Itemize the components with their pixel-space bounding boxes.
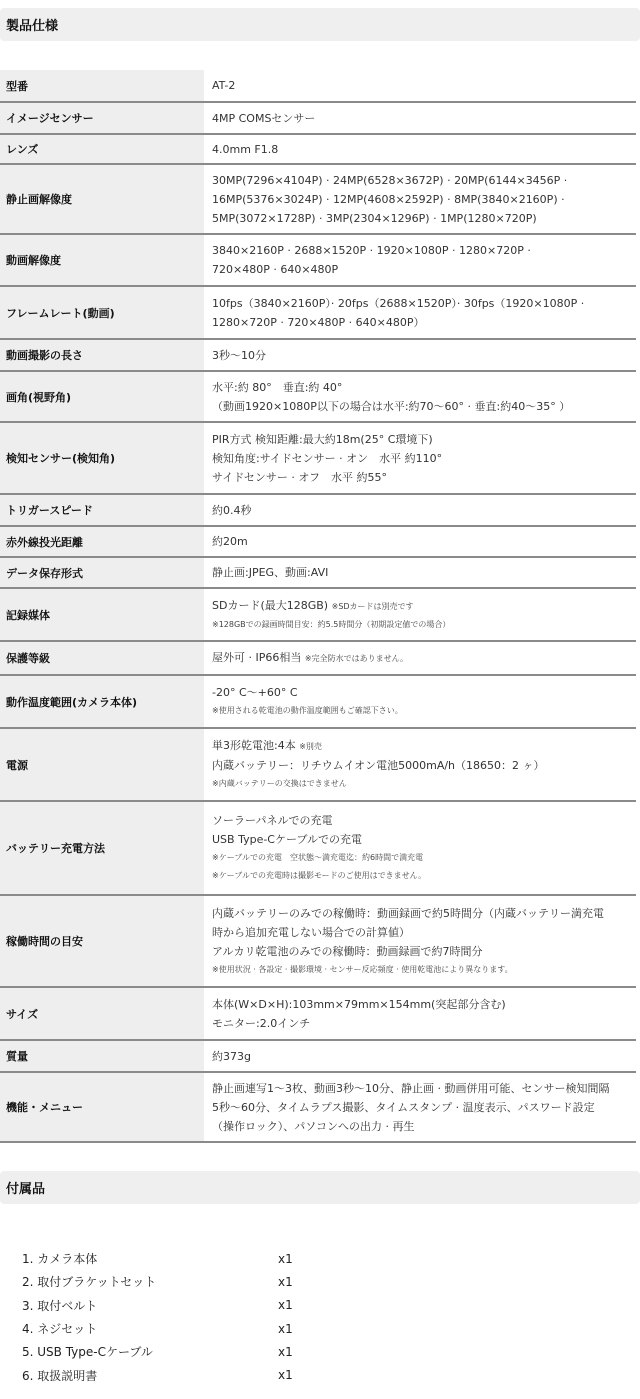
accessories-list: 1. カメラ本体x12. 取付ブラケットセットx13. 取付ベルトx14. ネジ…	[22, 1247, 422, 1387]
spec-value: SDカード(最大128GB) ※SDカードは別売です※128GBでの録画時間目安…	[204, 588, 636, 641]
spec-value: 3840×2160P · 2688×1520P · 1920×1080P · 1…	[204, 234, 636, 286]
spec-value-text: ※使用される乾電池の動作温度範囲もご確認下さい。	[212, 706, 403, 715]
spec-value: 約373g	[204, 1040, 636, 1072]
spec-value-text: 5MP(3072×1728P) · 3MP(2304×1296P) · 1MP(…	[212, 212, 537, 225]
section-header-accessories: 付属品	[0, 1171, 640, 1204]
spec-label: サイズ	[0, 987, 204, 1040]
spec-value-text: 静止画連写1〜3枚、動画3秒〜10分、静止画 · 動画併用可能、センサー検知間隔	[212, 1082, 609, 1095]
spec-value-text: 屋外可 · IP66相当	[212, 651, 301, 664]
spec-label: トリガースピード	[0, 494, 204, 526]
spec-value-text: （操作ロック）、パソコンへの出力 · 再生	[212, 1120, 415, 1133]
spec-value-line: ソーラーパネルでの充電	[212, 811, 632, 830]
spec-value-line: 30MP(7296×4104P) · 24MP(6528×3672P) · 20…	[212, 171, 632, 190]
spec-value-line: 720×480P · 640×480P	[212, 260, 632, 279]
spec-note-line: ※ケーブルでの充電 空状態〜満充電迄：約6時間で満充電	[212, 849, 632, 867]
spec-value-text: （動画1920×1080P以下の場合は水平:約70〜60° · 垂直:約40〜3…	[212, 400, 570, 413]
spec-value-text: 3840×2160P · 2688×1520P · 1920×1080P · 1…	[212, 244, 531, 257]
spec-value-text: 約20m	[212, 535, 248, 548]
spec-label: 保護等級	[0, 641, 204, 675]
spec-value-text: 4MP COMSセンサー	[212, 112, 315, 125]
spec-value-text: 10fps（3840×2160P）· 20fps（2688×1520P）· 30…	[212, 297, 584, 310]
spec-row: 赤外線投光距離約20m	[0, 526, 636, 557]
accessory-item: 4. ネジセットx1	[22, 1317, 422, 1340]
spec-value-text: モニター:2.0インチ	[212, 1017, 310, 1030]
spec-inline-note: ※別売	[299, 742, 322, 751]
spec-value: ソーラーパネルでの充電USB Type-Cケーブルでの充電※ケーブルでの充電 空…	[204, 801, 636, 895]
spec-value-text: 5秒〜60分、タイムラプス撮影、タイムスタンプ · 温度表示、パスワード設定	[212, 1101, 595, 1114]
spec-value-text: SDカード(最大128GB)	[212, 599, 328, 612]
spec-value-line: -20° C〜+60° C	[212, 683, 632, 702]
spec-value-line: 10fps（3840×2160P）· 20fps（2688×1520P）· 30…	[212, 294, 632, 313]
spec-value: 約0.4秒	[204, 494, 636, 526]
accessory-qty: x1	[278, 1322, 318, 1336]
spec-row: 画角(視野角)水平:約 80° 垂直:約 40°（動画1920×1080P以下の…	[0, 371, 636, 422]
spec-value-text: 検知角度:サイドセンサー · オン 水平 約110°	[212, 452, 442, 465]
spec-value-text: ※ケーブルでの充電時は撮影モードのご使用はできません。	[212, 871, 426, 880]
spec-value-line: 約373g	[212, 1047, 632, 1066]
spec-label: 画角(視野角)	[0, 371, 204, 422]
accessory-name: 1. カメラ本体	[22, 1250, 278, 1267]
spec-value-line: 静止画連写1〜3枚、動画3秒〜10分、静止画 · 動画併用可能、センサー検知間隔	[212, 1079, 632, 1098]
spec-value: 水平:約 80° 垂直:約 40°（動画1920×1080P以下の場合は水平:約…	[204, 371, 636, 422]
spec-row: イメージセンサー4MP COMSセンサー	[0, 102, 636, 134]
accessory-qty: x1	[278, 1298, 318, 1312]
spec-value: 4MP COMSセンサー	[204, 102, 636, 134]
spec-value-text: -20° C〜+60° C	[212, 686, 298, 699]
spec-value: 屋外可 · IP66相当 ※完全防水ではありません。	[204, 641, 636, 675]
spec-value-line: PIR方式 検知距離:最大約18m(25° C環境下)	[212, 430, 632, 449]
spec-value-line: サイドセンサー · オフ 水平 約55°	[212, 468, 632, 487]
spec-value-line: （動画1920×1080P以下の場合は水平:約70〜60° · 垂直:約40〜3…	[212, 397, 632, 416]
spec-row: 静止画解像度30MP(7296×4104P) · 24MP(6528×3672P…	[0, 164, 636, 234]
accessory-name: 5. USB Type-Cケーブル	[22, 1343, 278, 1360]
spec-table: 型番AT-2イメージセンサー4MP COMSセンサーレンズ4.0mm F1.8静…	[0, 70, 636, 1143]
spec-label: バッテリー充電方法	[0, 801, 204, 895]
spec-value-text: USB Type-Cケーブルでの充電	[212, 833, 362, 846]
spec-label: レンズ	[0, 134, 204, 164]
spec-value-text: 静止画:JPEG、動画:AVI	[212, 566, 328, 579]
spec-inline-note: ※完全防水ではありません。	[305, 654, 408, 663]
spec-value-text: ※使用状況 · 各設定 · 撮影環境 · センサー反応頻度 · 使用乾電池により…	[212, 965, 513, 974]
spec-value-line: 3秒〜10分	[212, 346, 632, 365]
spec-label: 機能・メニュー	[0, 1072, 204, 1142]
spec-value-line: 内蔵バッテリー：リチウムイオン電池5000mA/h（18650：2 ヶ）	[212, 756, 632, 775]
spec-value-text: アルカリ乾電池のみでの稼働時：動画録画で約7時間分	[212, 945, 483, 958]
spec-row: 型番AT-2	[0, 70, 636, 102]
accessory-item: 3. 取付ベルトx1	[22, 1294, 422, 1317]
spec-row: 機能・メニュー静止画連写1〜3枚、動画3秒〜10分、静止画 · 動画併用可能、セ…	[0, 1072, 636, 1142]
spec-value: 10fps（3840×2160P）· 20fps（2688×1520P）· 30…	[204, 286, 636, 339]
spec-value-line: 静止画:JPEG、動画:AVI	[212, 563, 632, 582]
spec-value-text: 16MP(5376×3024P) · 12MP(4608×2592P) · 8M…	[212, 193, 565, 206]
spec-value-text: ※128GBでの録画時間目安：約5.5時間分（初期設定値での場合）	[212, 620, 450, 629]
spec-value: 静止画:JPEG、動画:AVI	[204, 557, 636, 588]
spec-label: 静止画解像度	[0, 164, 204, 234]
spec-note-line: ※使用される乾電池の動作温度範囲もご確認下さい。	[212, 702, 632, 720]
spec-value-text: 内蔵バッテリー：リチウムイオン電池5000mA/h（18650：2 ヶ）	[212, 759, 545, 772]
spec-value-line: 水平:約 80° 垂直:約 40°	[212, 378, 632, 397]
accessory-item: 6. 取扱説明書x1	[22, 1363, 422, 1386]
spec-value-line: 本体(W×D×H):103mm×79mm×154mm(突起部分含む)	[212, 995, 632, 1014]
spec-row: レンズ4.0mm F1.8	[0, 134, 636, 164]
spec-value-text: 30MP(7296×4104P) · 24MP(6528×3672P) · 20…	[212, 174, 567, 187]
spec-value-text: AT-2	[212, 79, 235, 92]
spec-value-text: 3秒〜10分	[212, 349, 266, 362]
spec-value-line: 5秒〜60分、タイムラプス撮影、タイムスタンプ · 温度表示、パスワード設定	[212, 1098, 632, 1117]
spec-label: 動作温度範囲(カメラ本体)	[0, 675, 204, 728]
spec-value-text: サイドセンサー · オフ 水平 約55°	[212, 471, 387, 484]
spec-row: 電源単3形乾電池:4本 ※別売内蔵バッテリー：リチウムイオン電池5000mA/h…	[0, 728, 636, 801]
spec-note-line: ※128GBでの録画時間目安：約5.5時間分（初期設定値での場合）	[212, 616, 632, 634]
spec-value-line: AT-2	[212, 76, 632, 95]
section-title-specs: 製品仕様	[6, 15, 58, 34]
spec-value: 30MP(7296×4104P) · 24MP(6528×3672P) · 20…	[204, 164, 636, 234]
spec-row: 記録媒体SDカード(最大128GB) ※SDカードは別売です※128GBでの録画…	[0, 588, 636, 641]
spec-label: データ保存形式	[0, 557, 204, 588]
spec-row: 動作温度範囲(カメラ本体)-20° C〜+60° C※使用される乾電池の動作温度…	[0, 675, 636, 728]
section-title-accessories: 付属品	[6, 1178, 45, 1197]
spec-label: 動画解像度	[0, 234, 204, 286]
spec-value: AT-2	[204, 70, 636, 102]
spec-row: 検知センサー(検知角)PIR方式 検知距離:最大約18m(25° C環境下)検知…	[0, 422, 636, 494]
spec-value-line: USB Type-Cケーブルでの充電	[212, 830, 632, 849]
spec-value-text: 本体(W×D×H):103mm×79mm×154mm(突起部分含む)	[212, 998, 506, 1011]
accessory-name: 4. ネジセット	[22, 1320, 278, 1337]
spec-value: 本体(W×D×H):103mm×79mm×154mm(突起部分含む)モニター:2…	[204, 987, 636, 1040]
accessory-item: 1. カメラ本体x1	[22, 1247, 422, 1270]
spec-value-line: 5MP(3072×1728P) · 3MP(2304×1296P) · 1MP(…	[212, 209, 632, 228]
accessory-qty: x1	[278, 1345, 318, 1359]
spec-row: 動画撮影の長さ3秒〜10分	[0, 339, 636, 371]
spec-value: 約20m	[204, 526, 636, 557]
spec-value-text: 1280×720P · 720×480P · 640×480P）	[212, 316, 425, 329]
spec-note-line: ※使用状況 · 各設定 · 撮影環境 · センサー反応頻度 · 使用乾電池により…	[212, 961, 632, 979]
spec-value-line: （操作ロック）、パソコンへの出力 · 再生	[212, 1117, 632, 1136]
spec-row: バッテリー充電方法ソーラーパネルでの充電USB Type-Cケーブルでの充電※ケ…	[0, 801, 636, 895]
spec-value-text: 約0.4秒	[212, 504, 252, 517]
accessory-item: 2. 取付ブラケットセットx1	[22, 1270, 422, 1293]
spec-row: 保護等級屋外可 · IP66相当 ※完全防水ではありません。	[0, 641, 636, 675]
spec-value-line: 内蔵バッテリーのみでの稼働時：動画録画で約5時間分（内蔵バッテリー満充電	[212, 904, 632, 923]
accessory-item: 5. USB Type-Cケーブルx1	[22, 1340, 422, 1363]
spec-value-text: 内蔵バッテリーのみでの稼働時：動画録画で約5時間分（内蔵バッテリー満充電	[212, 907, 604, 920]
spec-value-line: 検知角度:サイドセンサー · オン 水平 約110°	[212, 449, 632, 468]
spec-value-line: 単3形乾電池:4本 ※別売	[212, 736, 632, 756]
spec-value-text: 720×480P · 640×480P	[212, 263, 338, 276]
spec-row: データ保存形式静止画:JPEG、動画:AVI	[0, 557, 636, 588]
spec-value: 4.0mm F1.8	[204, 134, 636, 164]
spec-label: 動画撮影の長さ	[0, 339, 204, 371]
spec-value: -20° C〜+60° C※使用される乾電池の動作温度範囲もご確認下さい。	[204, 675, 636, 728]
spec-value-line: 3840×2160P · 2688×1520P · 1920×1080P · 1…	[212, 241, 632, 260]
accessory-name: 2. 取付ブラケットセット	[22, 1273, 278, 1290]
section-header-specs: 製品仕様	[0, 8, 640, 41]
spec-value: 内蔵バッテリーのみでの稼働時：動画録画で約5時間分（内蔵バッテリー満充電時から追…	[204, 895, 636, 987]
accessory-qty: x1	[278, 1368, 318, 1382]
spec-inline-note: ※SDカードは別売です	[332, 602, 414, 611]
spec-value-line: 16MP(5376×3024P) · 12MP(4608×2592P) · 8M…	[212, 190, 632, 209]
spec-value-line: 1280×720P · 720×480P · 640×480P）	[212, 313, 632, 332]
spec-note-line: ※ケーブルでの充電時は撮影モードのご使用はできません。	[212, 867, 632, 885]
spec-value-text: 水平:約 80° 垂直:約 40°	[212, 381, 342, 394]
spec-label: フレームレート(動画)	[0, 286, 204, 339]
accessory-name: 6. 取扱説明書	[22, 1367, 278, 1384]
accessory-qty: x1	[278, 1252, 318, 1266]
spec-value: 3秒〜10分	[204, 339, 636, 371]
spec-value: PIR方式 検知距離:最大約18m(25° C環境下)検知角度:サイドセンサー …	[204, 422, 636, 494]
spec-value: 単3形乾電池:4本 ※別売内蔵バッテリー：リチウムイオン電池5000mA/h（1…	[204, 728, 636, 801]
spec-value-line: 時から追加充電しない場合での計算値）	[212, 923, 632, 942]
spec-row: トリガースピード約0.4秒	[0, 494, 636, 526]
spec-row: 稼働時間の目安内蔵バッテリーのみでの稼働時：動画録画で約5時間分（内蔵バッテリー…	[0, 895, 636, 987]
spec-row: フレームレート(動画)10fps（3840×2160P）· 20fps（2688…	[0, 286, 636, 339]
spec-value-line: アルカリ乾電池のみでの稼働時：動画録画で約7時間分	[212, 942, 632, 961]
spec-value-line: SDカード(最大128GB) ※SDカードは別売です	[212, 596, 632, 616]
spec-value-text: 4.0mm F1.8	[212, 143, 278, 156]
spec-value: 静止画連写1〜3枚、動画3秒〜10分、静止画 · 動画併用可能、センサー検知間隔…	[204, 1072, 636, 1142]
spec-row: サイズ本体(W×D×H):103mm×79mm×154mm(突起部分含む)モニタ…	[0, 987, 636, 1040]
spec-value-text: 約373g	[212, 1050, 251, 1063]
spec-value-text: 単3形乾電池:4本	[212, 739, 296, 752]
spec-value-line: モニター:2.0インチ	[212, 1014, 632, 1033]
accessory-qty: x1	[278, 1275, 318, 1289]
spec-value-line: 4.0mm F1.8	[212, 140, 632, 159]
spec-value-line: 約20m	[212, 532, 632, 551]
spec-note-line: ※内蔵バッテリーの交換はできません	[212, 775, 632, 793]
spec-value-line: 4MP COMSセンサー	[212, 109, 632, 128]
spec-value-text: ※ケーブルでの充電 空状態〜満充電迄：約6時間で満充電	[212, 853, 423, 862]
spec-row: 質量約373g	[0, 1040, 636, 1072]
spec-value-text: ※内蔵バッテリーの交換はできません	[212, 779, 347, 788]
spec-label: 赤外線投光距離	[0, 526, 204, 557]
accessory-name: 3. 取付ベルト	[22, 1297, 278, 1314]
spec-value-line: 屋外可 · IP66相当 ※完全防水ではありません。	[212, 648, 632, 668]
spec-label: 質量	[0, 1040, 204, 1072]
spec-label: 稼働時間の目安	[0, 895, 204, 987]
spec-label: イメージセンサー	[0, 102, 204, 134]
spec-value-text: 時から追加充電しない場合での計算値）	[212, 926, 410, 939]
spec-row: 動画解像度3840×2160P · 2688×1520P · 1920×1080…	[0, 234, 636, 286]
spec-value-text: ソーラーパネルでの充電	[212, 814, 332, 827]
spec-label: 記録媒体	[0, 588, 204, 641]
spec-value-text: PIR方式 検知距離:最大約18m(25° C環境下)	[212, 433, 433, 446]
spec-label: 型番	[0, 70, 204, 102]
spec-label: 電源	[0, 728, 204, 801]
spec-label: 検知センサー(検知角)	[0, 422, 204, 494]
spec-value-line: 約0.4秒	[212, 501, 632, 520]
